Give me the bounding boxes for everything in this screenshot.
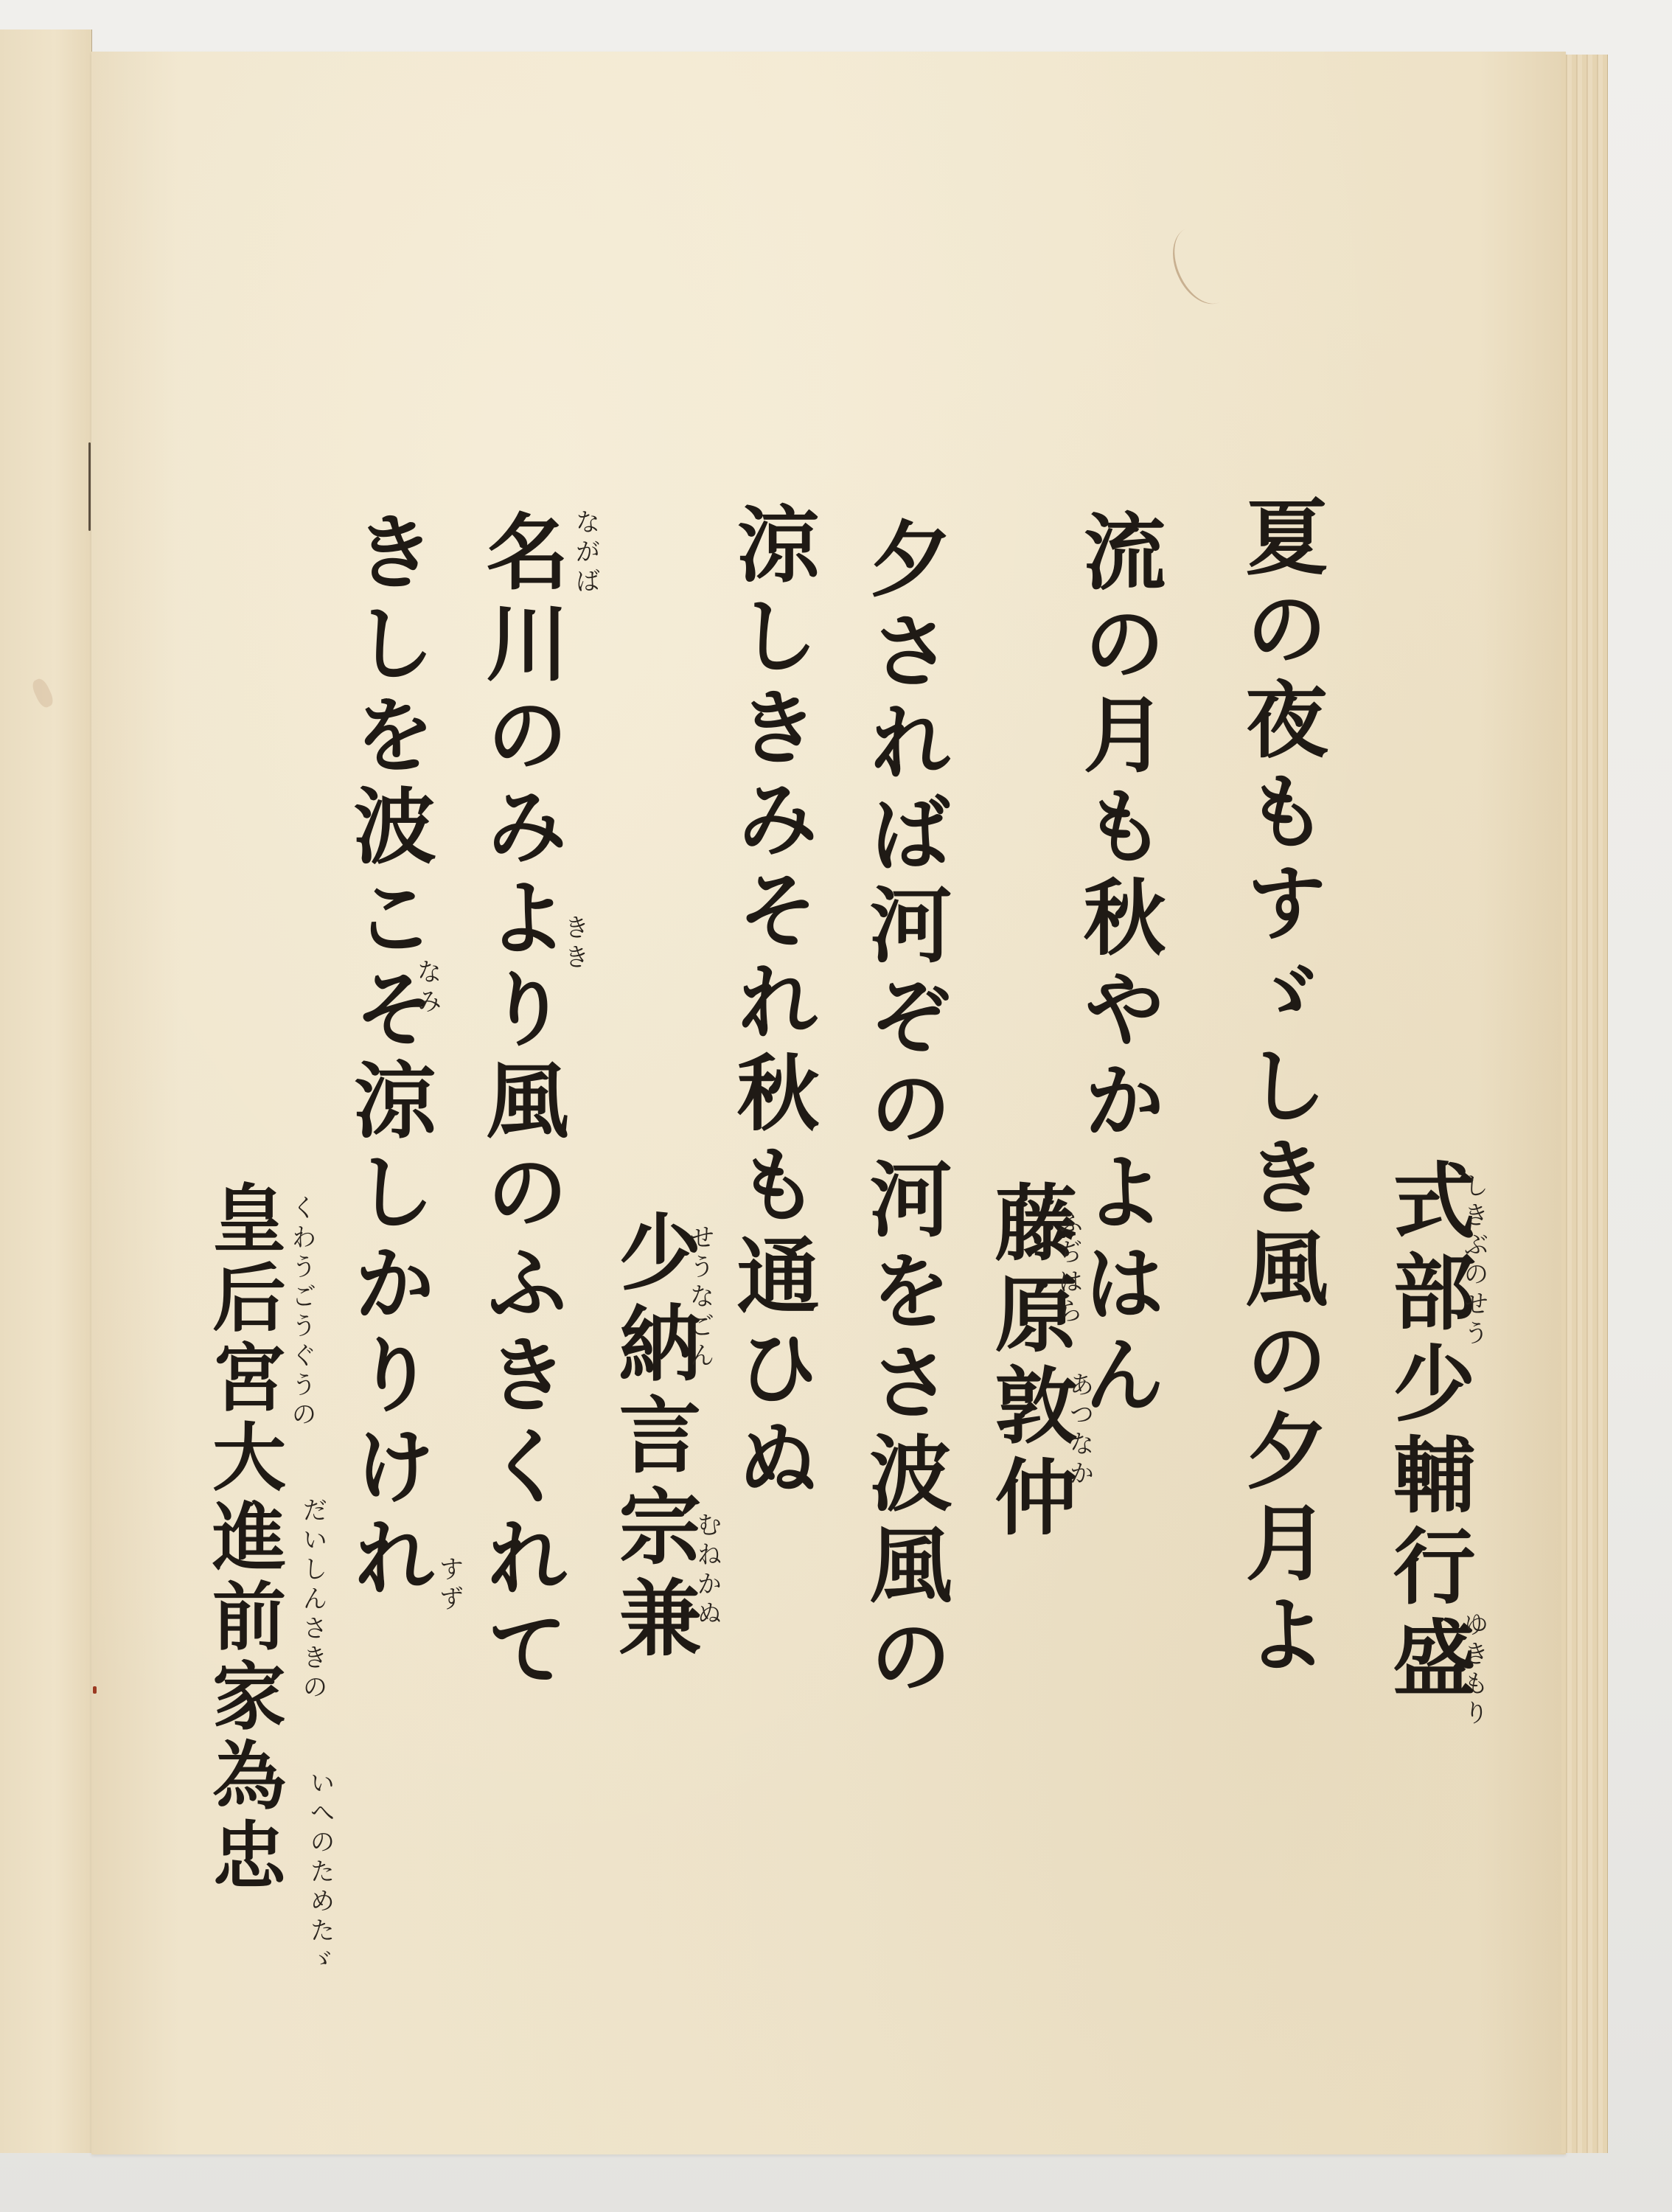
ruby-gloss: くわうごうぐうの — [284, 1194, 320, 1430]
ruby-gloss: しきぶのせう — [1456, 1172, 1492, 1349]
poem-1-line-1: 夏の夜もすゞしき風の夕月よ — [1239, 494, 1321, 1683]
paper-stain — [29, 677, 55, 710]
poem-2-line-1: 夕されば河ぞの河をさ波風の — [863, 516, 945, 1705]
poem-1-line-2: 流の月も秋やかよはん — [1076, 509, 1159, 1423]
ruby-gloss: ふぢはら — [1051, 1209, 1087, 1327]
binding-stitch — [88, 442, 91, 531]
previous-page-edge — [0, 29, 92, 2153]
page-stack-edges — [1561, 55, 1608, 2153]
poem-3-line-1: 名川のみより風のふきくれて — [479, 509, 562, 1697]
poem-3-line-2: きしを波こそ涼しかりけれ — [346, 509, 429, 1606]
red-ink-mark — [93, 1686, 97, 1694]
ruby-gloss: ゆきもり — [1456, 1611, 1492, 1729]
ruby-gloss: なみ — [409, 959, 445, 1018]
ruby-gloss: すず — [431, 1556, 467, 1615]
photo-scene: 式部少輔行盛 夏の夜もすゞしき風の夕月よ 流の月も秋やかよはん 藤原敦仲 夕され… — [0, 0, 1672, 2212]
ruby-gloss: ながば — [568, 509, 604, 597]
ruby-gloss: せうなごん — [682, 1224, 718, 1371]
ruby-gloss: きき — [557, 914, 593, 973]
ruby-gloss: むねかぬ — [689, 1512, 725, 1630]
poem-4-author: 皇后宮大進前家為忠 — [206, 1180, 280, 1896]
poem-2-line-2: 涼しきみそれ秋も通ひぬ — [730, 501, 812, 1507]
ruby-gloss: いへのためたゞ — [302, 1770, 338, 1976]
ruby-gloss: あつなか — [1062, 1371, 1098, 1489]
ruby-gloss: だいしんさきの — [295, 1497, 331, 1703]
